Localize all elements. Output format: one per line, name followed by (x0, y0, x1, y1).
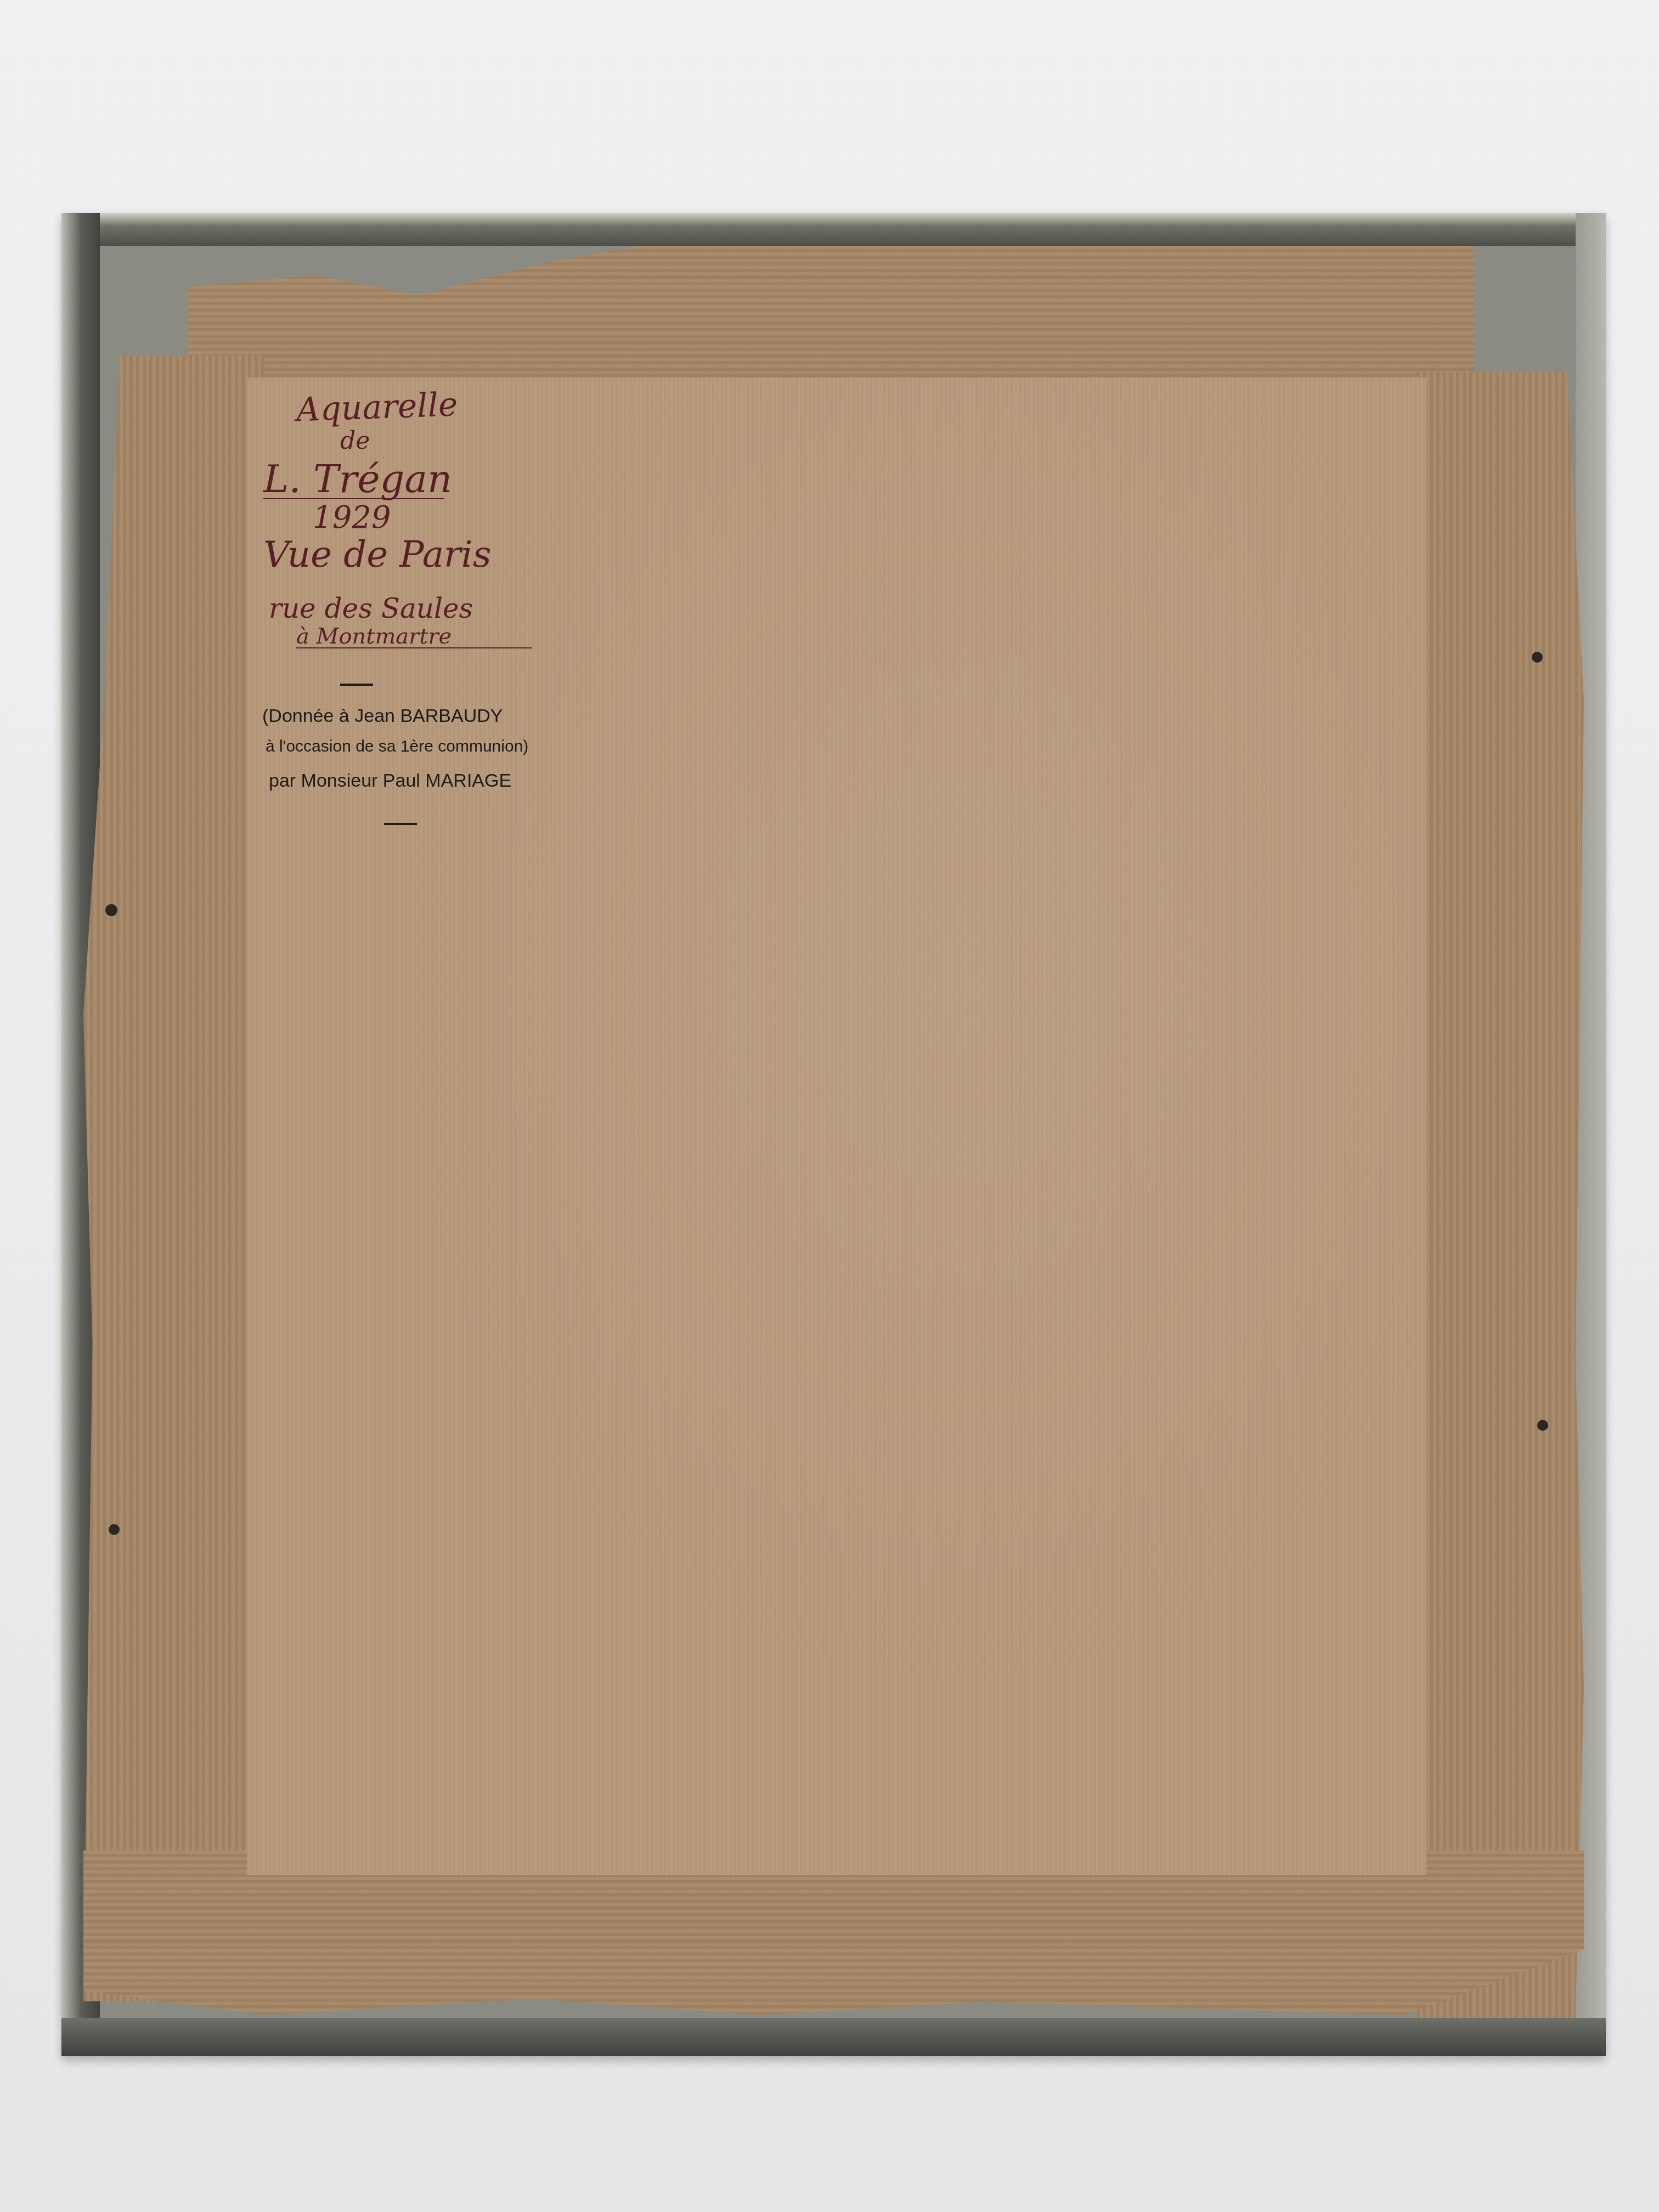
inscription-de: de (340, 429, 598, 453)
inscription-year: 1929 (313, 503, 598, 533)
inscription-donor: par Monsieur Paul MARIAGE (269, 771, 598, 790)
nail-mark (1537, 1420, 1548, 1431)
picture-frame-back: Aquarelle de L. Trégan 1929 Vue de Paris… (61, 213, 1606, 2056)
inscription-occasion: à l'occasion de sa 1ère communion) (266, 738, 598, 755)
inscription-title: Vue de Paris (263, 537, 598, 573)
divider-dash-bottom (384, 823, 417, 825)
frame-edge-bottom (61, 2018, 1606, 2056)
inscription-location: à Montmartre (296, 625, 532, 648)
kraft-tape-right (1417, 372, 1584, 2018)
kraft-tape-left (83, 356, 264, 2001)
handwritten-inscription: Aquarelle de L. Trégan 1929 Vue de Paris… (258, 388, 598, 825)
nail-mark (109, 1524, 120, 1535)
divider-dash (340, 684, 373, 686)
backing-board: Aquarelle de L. Trégan 1929 Vue de Paris… (247, 377, 1426, 1875)
kraft-tape-bottom (83, 1850, 1584, 2015)
frame-edge-top (61, 213, 1606, 246)
nail-mark (1532, 652, 1543, 663)
inscription-artist: L. Trégan (263, 460, 444, 499)
nail-mark (105, 904, 117, 916)
inscription-medium: Aquarelle (296, 383, 599, 426)
inscription-recipient: (Donnée à Jean BARBAUDY (262, 707, 598, 725)
inscription-street: rue des Saules (269, 595, 598, 622)
